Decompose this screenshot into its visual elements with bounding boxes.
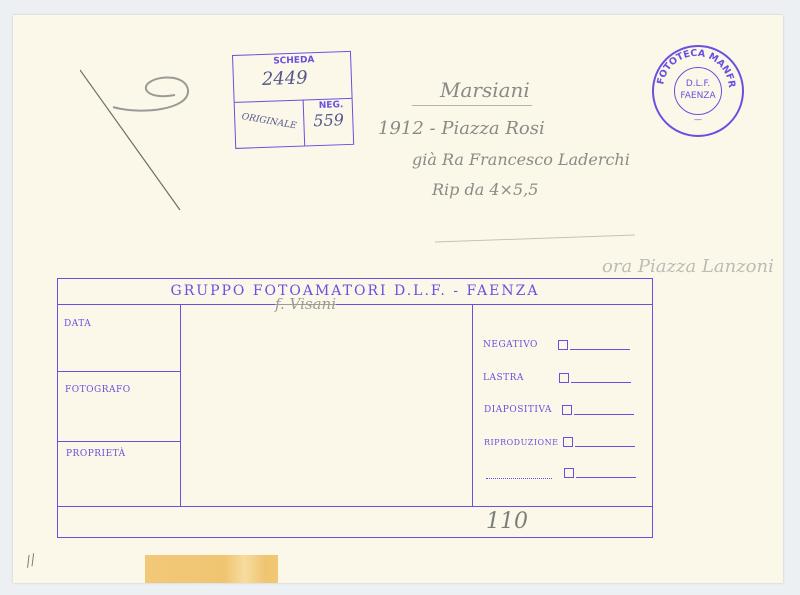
lastra-checkbox[interactable] [559,373,569,383]
scheda-top-cell: SCHEDA 2449 [233,52,352,103]
left-row-divider-2 [58,441,180,442]
originale-text: ORIGINALE [241,112,297,131]
adhesive-tape-remnant [145,555,278,583]
diapositiva-line [574,414,634,415]
stamp-dash: — [654,115,742,124]
scheda-label: SCHEDA [273,55,315,66]
handwritten-number-110: 110 [486,509,528,534]
diapositiva-checkbox[interactable] [562,405,572,415]
blank-checkbox[interactable] [564,468,574,478]
scheda-stamp-box: SCHEDA 2449 ORIGINALE NEG. 559 [232,51,354,149]
bottom-row-divider [58,506,652,507]
left-row-divider-1 [58,371,180,372]
field-label-riproduzione: RIPRODUZIONE [484,438,558,447]
heading-underline [412,105,532,106]
side-note: ora Piazza Lanzoni [602,256,774,277]
note-line-1: 1912 - Piazza Rosi [378,118,545,139]
field-label-negativo: NEGATIVO [483,340,538,350]
negativo-line [570,349,630,350]
right-column-divider [472,304,473,506]
fototeca-manfrediana-stamp: FOTOTECA MANFREDIANA D.L.F. FAENZA — [652,45,744,137]
left-column-divider [180,304,181,506]
field-label-data: DATA [64,319,91,329]
note-line-2: già Ra Francesco Laderchi [412,150,630,169]
stamp-line-2: FAENZA [654,91,742,101]
pencil-number-9-mark [80,60,210,230]
note-line-3: Rip da 4×5,5 [432,180,538,199]
blank-line [576,477,636,478]
neg-number: 559 [313,110,344,130]
scheda-number: 2449 [262,67,309,90]
stamp-line-1: D.L.F. [654,79,742,89]
riproduzione-checkbox[interactable] [563,437,573,447]
field-label-proprieta: PROPRIETÀ [66,449,126,459]
negativo-checkbox[interactable] [558,340,568,350]
scheda-divider [303,100,306,146]
note-heading: Marsiani [440,78,530,102]
riproduzione-line [575,446,635,447]
lastra-line [571,382,631,383]
form-title: GRUPPO FOTOAMATORI D.L.F. - FAENZA [58,279,652,305]
gruppo-fotoamatori-form: GRUPPO FOTOAMATORI D.L.F. - FAENZA DATA … [57,278,653,538]
crossed-note: f. Visani [275,295,336,313]
field-label-fotografo: FOTOGRAFO [65,385,131,395]
field-label-lastra: LASTRA [483,373,524,383]
field-label-diapositiva: DIAPOSITIVA [484,405,552,415]
blank-field-dotted-line [486,478,552,479]
